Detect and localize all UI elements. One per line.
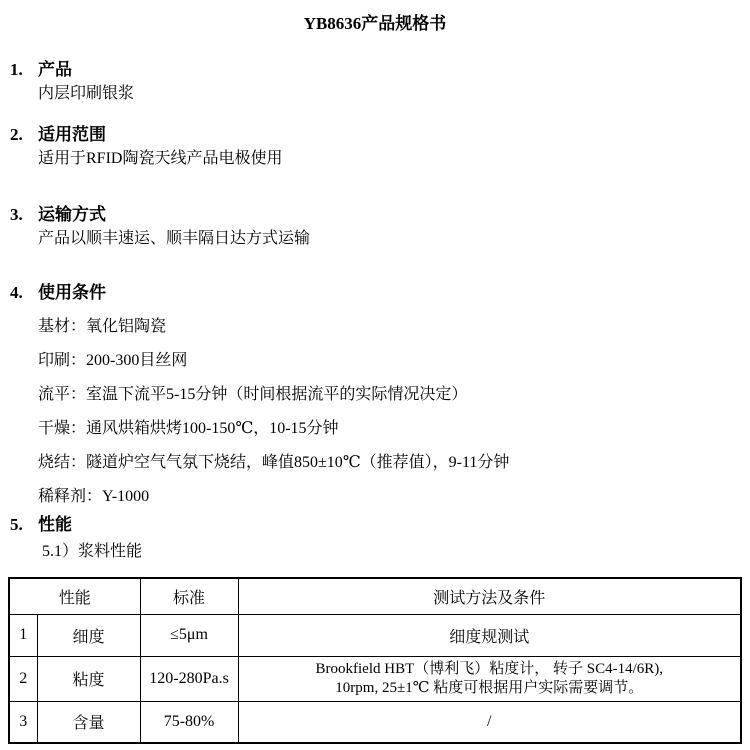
document-title: YB8636产品规格书 [0,0,750,36]
table-row: 2 粘度 120-280Pa.s Brookfield HBT（博利飞）粘度计，… [9,656,741,701]
section-heading-shipping: 3.运输方式 [0,203,750,227]
section-heading-performance: 5.性能 [0,513,750,537]
cell-method: 细度规测试 [238,614,741,656]
section-body-line: 适用于RFID陶瓷天线产品电极使用 [0,147,750,171]
section-heading-product: 1.产品 [0,58,750,82]
usage-item-leveling: 流平：室温下流平5-15分钟（时间根据流平的实际情况决定） [0,383,750,407]
header-method: 测试方法及条件 [238,578,741,614]
usage-item-sintering: 烧结：隧道炉空气气氛下烧结，峰值850±10℃（推荐值），9-11分钟 [0,451,750,475]
section-number: 3. [10,203,38,227]
subsection-paste-performance: 5.1）浆料性能 [0,540,750,564]
usage-item-thinner: 稀释剂：Y-1000 [0,485,750,509]
usage-item-drying: 干燥：通风烘箱烘烤100-150℃，10-15分钟 [0,417,750,441]
cell-property: 含量 [37,701,140,743]
row-number: 1 [9,614,37,656]
section-heading-text: 适用范围 [38,125,106,144]
paste-performance-table: 性能 标准 测试方法及条件 1 细度 ≤5μm 细度规测试 2 粘度 120-2… [8,577,742,744]
section-number: 1. [10,58,38,82]
row-number: 2 [9,656,37,701]
section-heading-text: 性能 [38,515,72,534]
cell-property: 粘度 [37,656,140,701]
section-heading-usage-conditions: 4.使用条件 [0,281,750,305]
row-number: 3 [9,701,37,743]
document-page: YB8636产品规格书 1.产品 内层印刷银浆 2.适用范围 适用于RFID陶瓷… [0,0,750,750]
section-body-line: 产品以顺丰速运、顺丰隔日达方式运输 [0,227,750,251]
cell-property: 细度 [37,614,140,656]
cell-method: Brookfield HBT（博利飞）粘度计， 转子 SC4-14/6R), 1… [238,656,741,701]
usage-item-substrate: 基材：氧化铝陶瓷 [0,315,750,339]
section-number: 5. [10,513,38,537]
cell-standard: 75-80% [140,701,238,743]
section-heading-text: 使用条件 [38,283,106,302]
section-heading-text: 产品 [38,60,72,79]
table-header-row: 性能 标准 测试方法及条件 [9,578,741,614]
section-heading-text: 运输方式 [38,205,106,224]
section-heading-scope: 2.适用范围 [0,123,750,147]
cell-method: / [238,701,741,743]
cell-standard: ≤5μm [140,614,238,656]
section-number: 2. [10,123,38,147]
section-number: 4. [10,281,38,305]
section-body-line: 内层印刷银浆 [0,82,750,106]
header-property: 性能 [9,578,140,614]
table-row: 3 含量 75-80% / [9,701,741,743]
table-row: 1 细度 ≤5μm 细度规测试 [9,614,741,656]
header-standard: 标准 [140,578,238,614]
usage-item-printing: 印刷：200-300目丝网 [0,349,750,373]
cell-standard: 120-280Pa.s [140,656,238,701]
